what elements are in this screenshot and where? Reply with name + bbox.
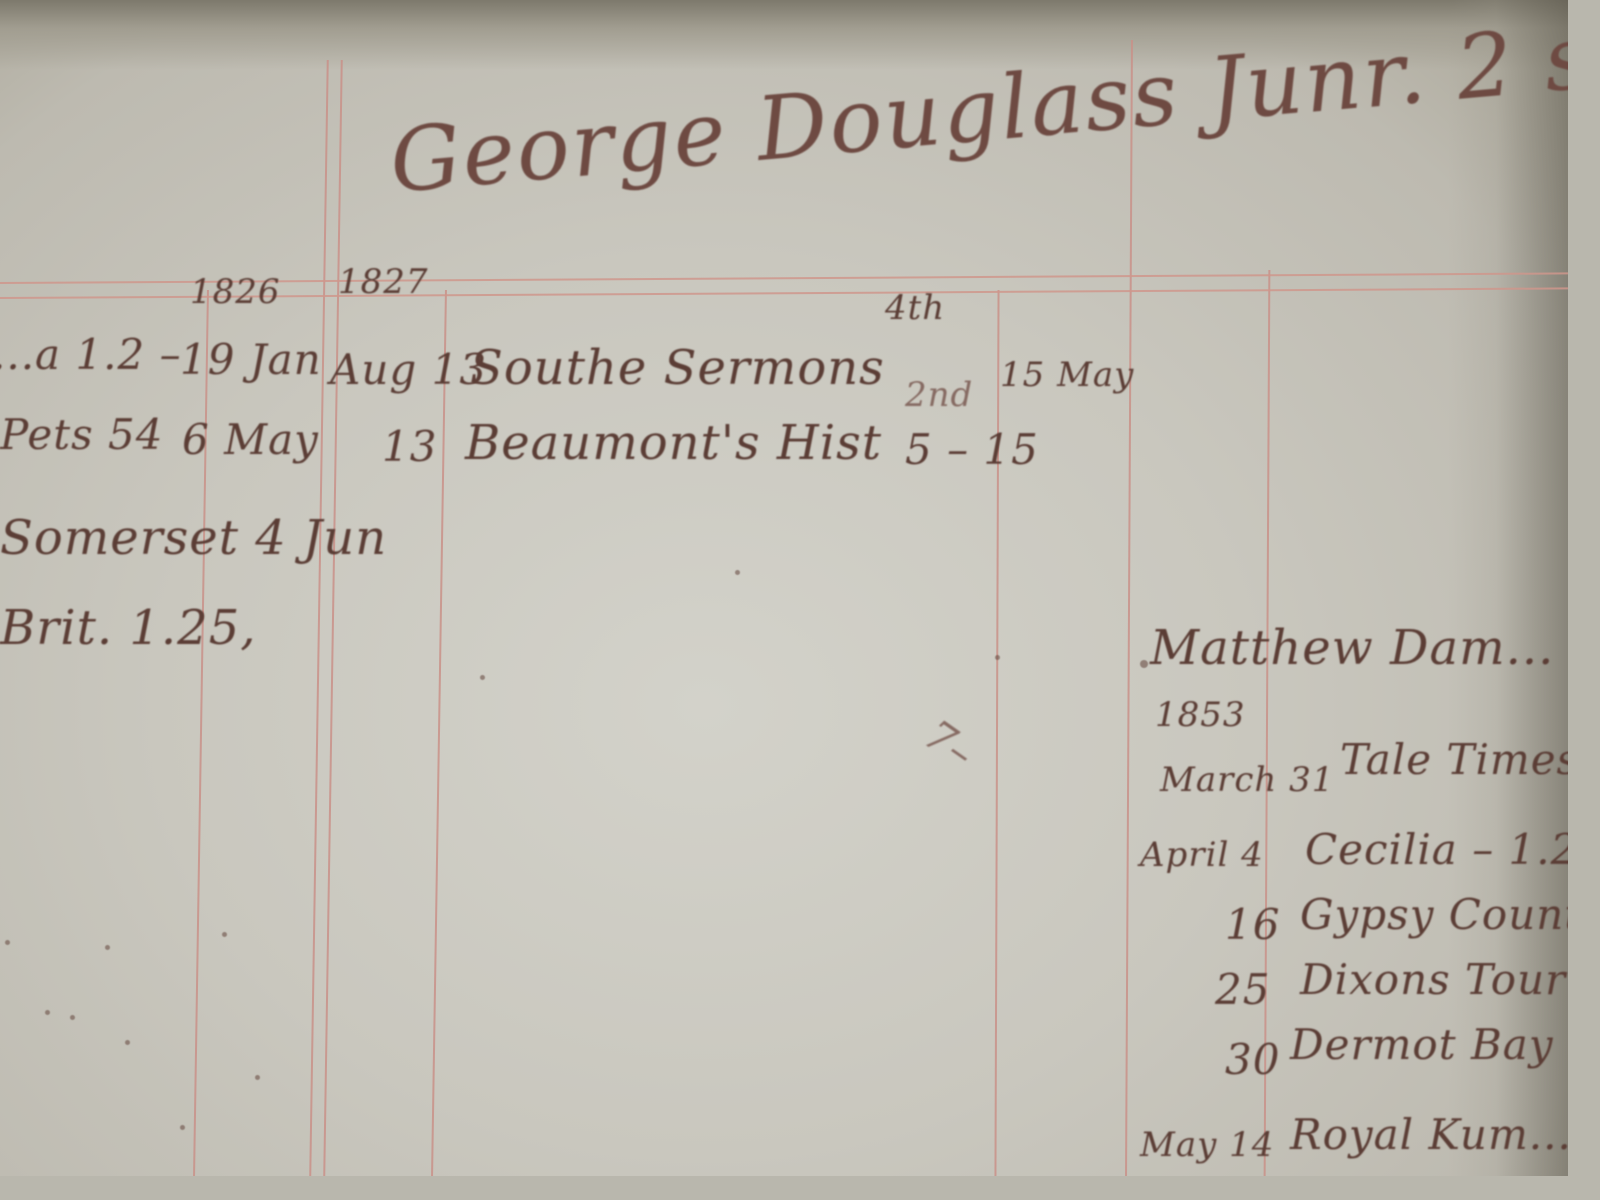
main-entry-1-ref: 4th [885,288,945,328]
main-entry-2-description: Beaumont's Hist [465,415,882,471]
second-entry-6-date: May 14 [1140,1125,1274,1165]
main-entry-1-date: Aug 13 [330,345,487,394]
main-entry-1-description: Southe Sermons [470,340,885,396]
left-fragment-1: ...a 1.2 – [0,330,182,379]
left-fragment-4: Brit. 1.25, [0,600,257,656]
ink-speck [5,940,10,945]
second-year: 1853 [1155,695,1246,735]
rule-vertical-5 [994,290,999,1176]
ink-speck [45,1010,50,1015]
marginal-mark: 7– [915,710,984,779]
second-entry-5-description: Dermot Bay [1290,1020,1554,1069]
second-entry-6-description: Royal Kum... [1290,1110,1568,1159]
ink-speck [995,655,1000,660]
ink-speck [125,1040,130,1045]
main-entry-2-date: 13 [382,422,437,471]
main-entry-2-ref: 2nd [905,375,973,415]
main-entry-1-amount: 15 May [1000,355,1134,395]
rule-vertical-3 [323,60,343,1176]
ink-speck [480,675,485,680]
second-entry-1-date: March 31 [1160,760,1334,800]
second-entry-2-description: Cecilia – 1.2 [1305,825,1568,874]
second-entry-2-date: April 4 [1140,835,1264,875]
second-entry-4-date: 25 [1215,965,1270,1014]
left-fragment-3: Somerset 4 Jun [0,510,387,566]
left-fragment-2: Pets 54 [0,410,163,459]
rule-vertical-6 [1125,40,1133,1176]
second-account-title: Matthew Dam... [1150,620,1554,676]
ink-dot [1140,660,1148,668]
second-entry-5-date: 30 [1225,1035,1280,1084]
ink-speck [222,932,227,937]
left-date-1: 19 Jan [180,335,322,384]
ink-speck [180,1125,185,1130]
ink-speck [105,945,110,950]
ink-speck [255,1075,260,1080]
second-entry-3-description: Gypsy Country [1300,890,1568,939]
ink-speck [735,570,740,575]
main-entry-2-amount: 5 – 15 [905,425,1039,474]
second-entry-3-date: 16 [1225,900,1280,949]
ink-speck [70,1015,75,1020]
left-year: 1826 [190,272,281,312]
second-entry-4-description: Dixons Tour [1300,955,1566,1004]
left-date-2: 6 May [182,415,319,464]
second-entry-1-description: Tale Times – [1340,735,1568,784]
ledger-page: George Douglass Junr. 2 shares ...a 1.2 … [0,0,1568,1176]
main-year: 1827 [338,262,429,302]
